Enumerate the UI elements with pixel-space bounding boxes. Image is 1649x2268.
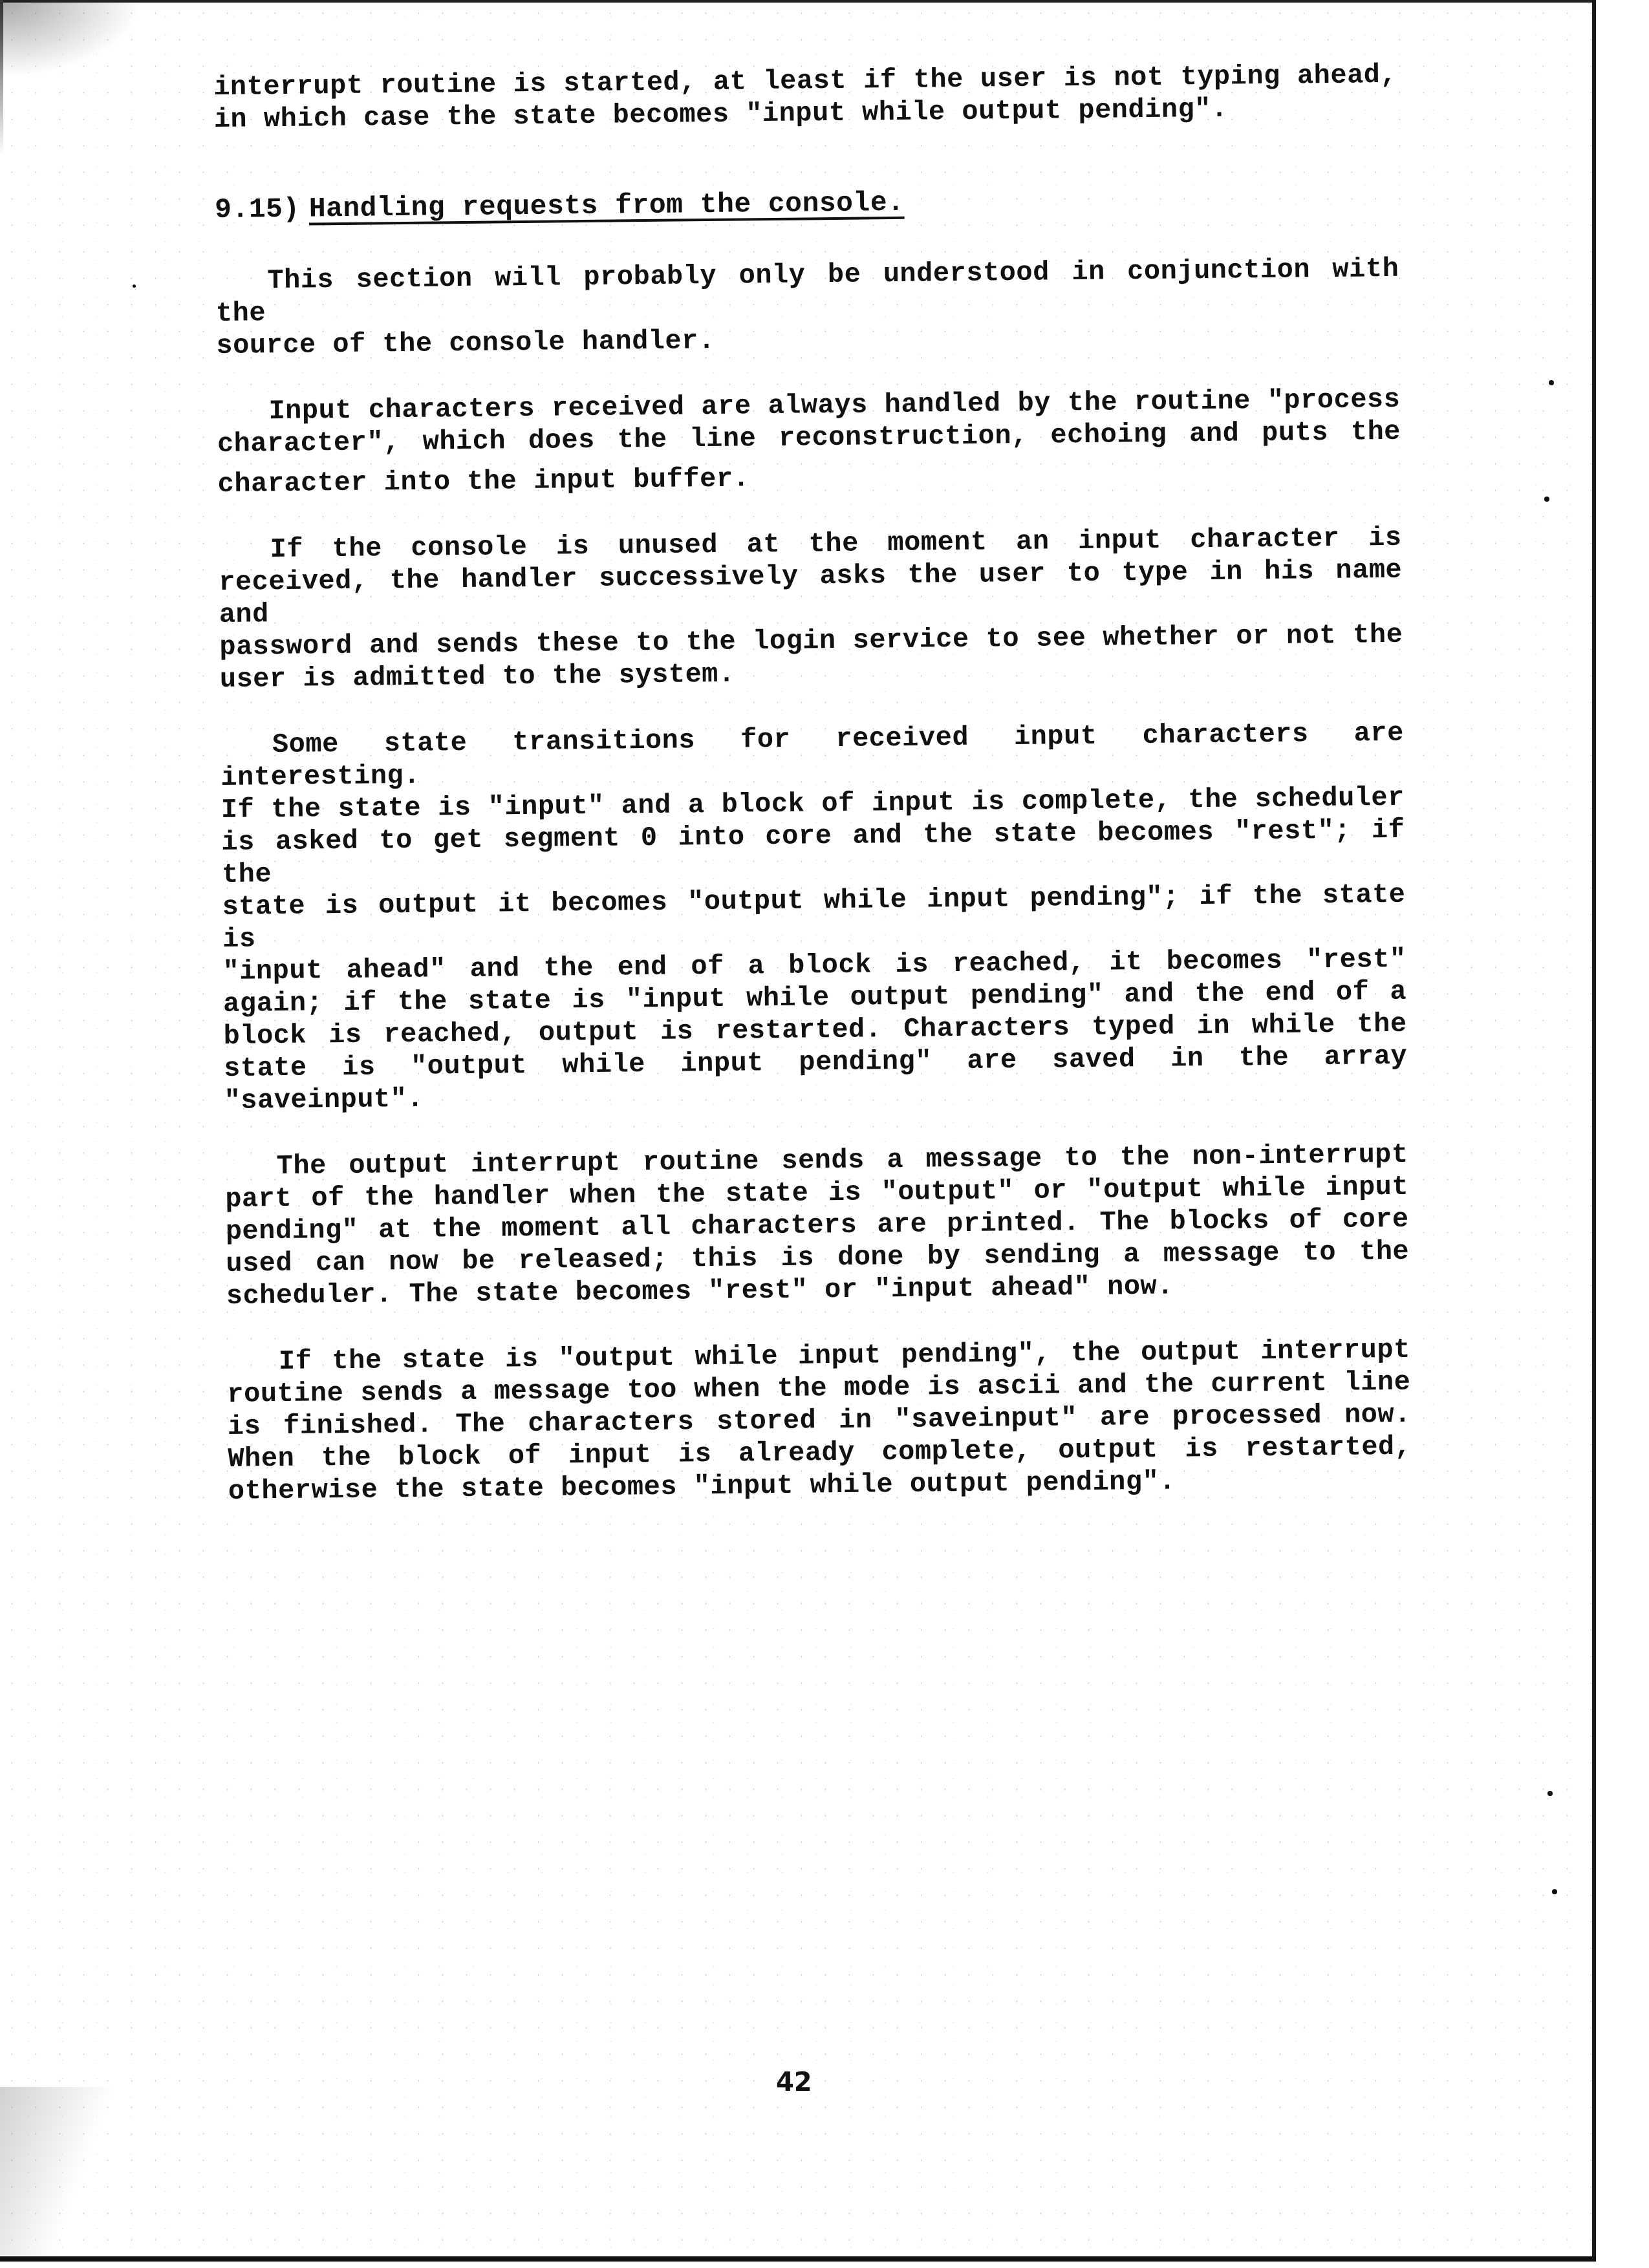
paragraph-output-interrupt: The output interrupt routine sends a mes… [224, 1139, 1410, 1312]
section-title: Handling requests from the console. [309, 187, 905, 225]
scan-shadow-top-left [0, 0, 142, 78]
text-line: This section will probably only be under… [215, 253, 1399, 330]
section-number: 9.15) [215, 193, 300, 226]
scan-margin-bottom [0, 2262, 1649, 2268]
text-line: is asked to get segment 0 into core and … [221, 814, 1405, 891]
section-heading: 9.15)Handling requests from the console. [215, 182, 1398, 226]
text-line: state is output it becomes "output while… [222, 879, 1406, 956]
paragraph-state-transitions: Some state transitions for received inpu… [221, 717, 1408, 1117]
page-edge-left [0, 0, 3, 155]
page-edge-right [1592, 0, 1596, 2263]
scan-artifact-dot [1549, 380, 1554, 385]
scan-artifact-dot [133, 284, 136, 288]
paragraph-intro: This section will probably only be under… [215, 253, 1399, 362]
page-edge-top [0, 0, 1594, 3]
paragraph-output-while-input-pending: If the state is "output while input pend… [227, 1334, 1412, 1508]
paragraph-input-characters: Input characters received are always han… [217, 383, 1401, 500]
document-body: interrupt routine is started, at least i… [213, 59, 1412, 1541]
scan-artifact-dot [1544, 497, 1549, 502]
paragraph-console-unused: If the console is unused at the moment a… [218, 522, 1403, 696]
continuation-paragraph: interrupt routine is started, at least i… [213, 59, 1397, 136]
scan-artifact-dot [1547, 1791, 1553, 1796]
page-number: 42 [776, 2068, 812, 2097]
text-line: received, the handler successively asks … [219, 554, 1403, 631]
text-line: Some state transitions for received inpu… [221, 717, 1405, 794]
scan-margin-right [1596, 0, 1649, 2268]
scan-shadow-bottom-left [0, 2087, 129, 2255]
scan-artifact-dot [1552, 1889, 1557, 1894]
text-line: character into the input buffer. [217, 456, 1401, 500]
page-edge-bottom [0, 2256, 1596, 2262]
